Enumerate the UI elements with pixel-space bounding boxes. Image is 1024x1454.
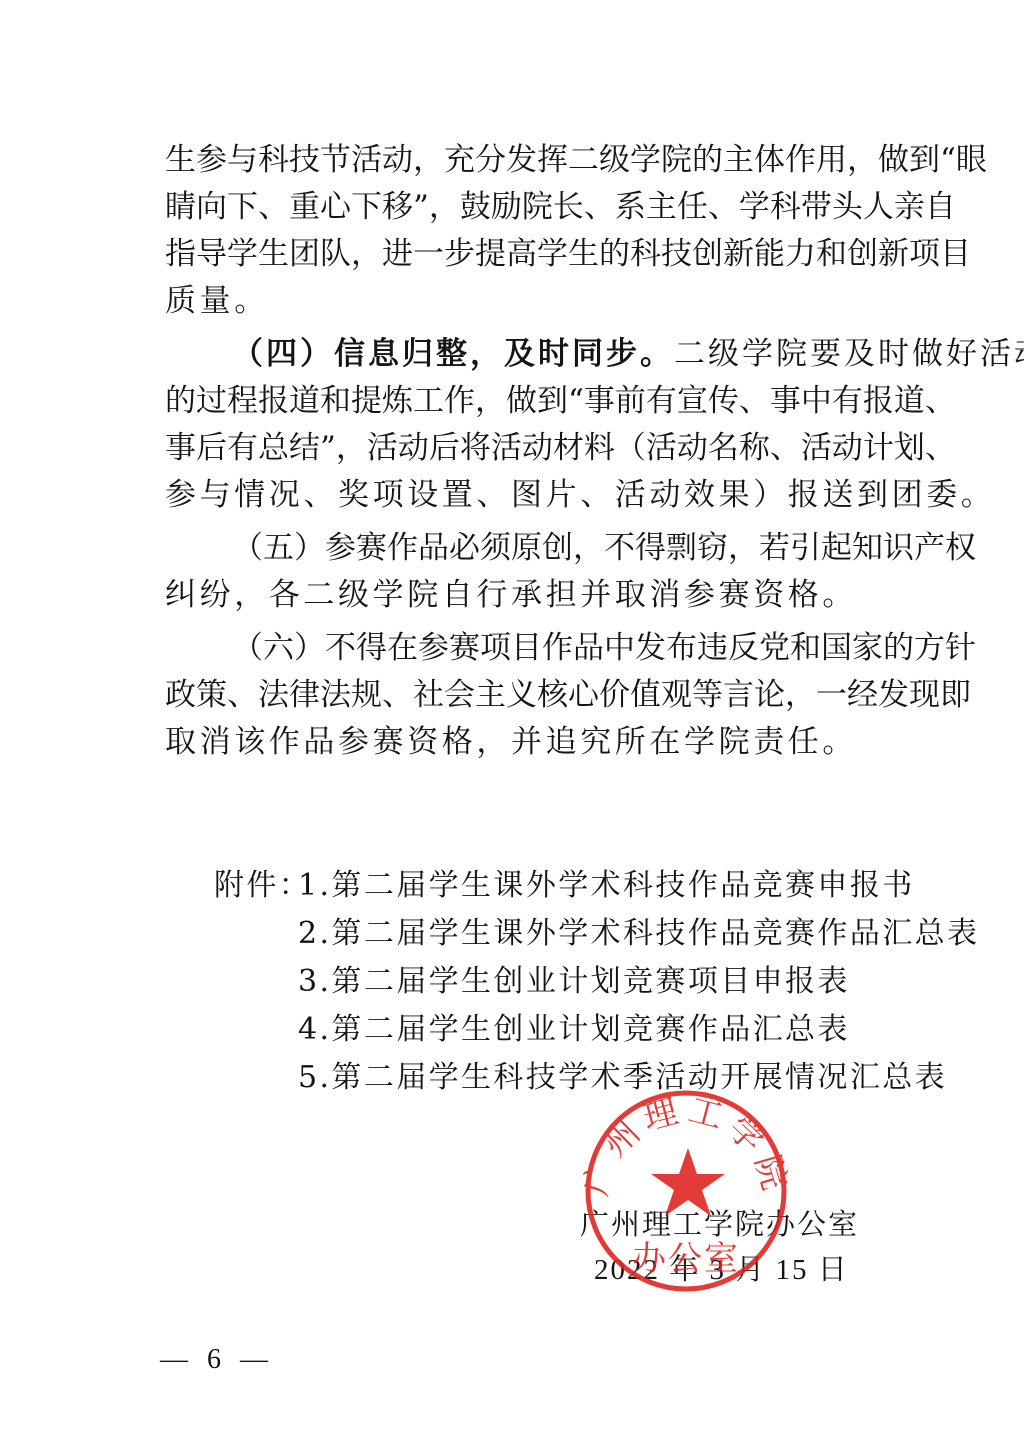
official-seal: 广州理工学院 办公室: [583, 1088, 789, 1294]
body-line: 生参与科技节活动，充分发挥二级学院的主体作用，做到“眼: [165, 140, 885, 180]
page-number: — 6 —: [160, 1340, 274, 1380]
body-line: 睛向下、重心下移”，鼓励院长、系主任、学科带头人亲自: [165, 187, 885, 227]
attachment-item: 2.第二届学生课外学术科技作品竞赛作品汇总表: [298, 914, 979, 954]
document-page: 生参与科技节活动，充分发挥二级学院的主体作用，做到“眼 睛向下、重心下移”，鼓励…: [0, 0, 1024, 1454]
body-line: 取消该作品参赛资格，并追究所在学院责任。: [165, 722, 885, 762]
attachment-item: 1.第二届学生课外学术科技作品竞赛申报书: [298, 866, 915, 906]
attachment-item: 4.第二届学生创业计划竞赛作品汇总表: [298, 1010, 850, 1050]
star-icon: [651, 1148, 725, 1216]
section-heading: （四）信息归整，及时同步。: [232, 334, 674, 374]
attachment-item: 3.第二届学生创业计划竞赛项目申报表: [298, 962, 850, 1002]
paragraph-4-first-line: （四）信息归整，及时同步。二级学院要及时做好活动: [232, 334, 885, 374]
body-line: 纠纷，各二级学院自行承担并取消参赛资格。: [165, 575, 885, 615]
attachments-label: 附件：: [214, 866, 311, 906]
body-line: 的过程报道和提炼工作，做到“事前有宣传、事中有报道、: [165, 381, 885, 421]
body-line: 参与情况、奖项设置、图片、活动效果）报送到团委。: [165, 475, 885, 515]
body-text: 二级学院要及时做好活动: [674, 334, 1024, 374]
body-line: 质量。: [165, 281, 885, 321]
body-line: （五）参赛作品必须原创，不得剽窃，若引起知识产权: [232, 528, 885, 568]
body-line: 政策、法律法规、社会主义核心价值观等言论，一经发现即: [165, 675, 885, 715]
body-line: （六）不得在参赛项目作品中发布违反党和国家的方针: [232, 628, 885, 668]
body-line: 事后有总结”，活动后将活动材料（活动名称、活动计划、: [165, 428, 885, 468]
seal-bottom-text: 办公室: [632, 1239, 740, 1279]
body-line: 指导学生团队，进一步提高学生的科技创新能力和创新项目: [165, 234, 885, 274]
